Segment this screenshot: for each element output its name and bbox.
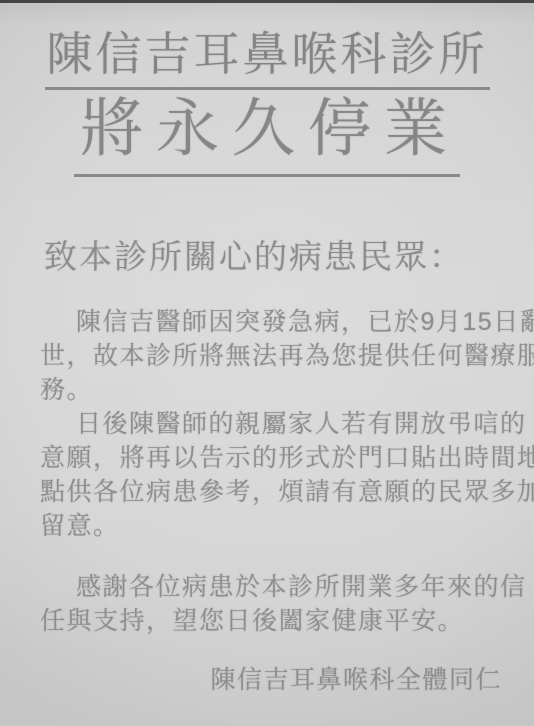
paragraph-line: 點供各位病患參考，煩請有意願的民眾多加 [40, 475, 504, 509]
paragraph-line: 陳信吉醫師因突發急病，已於9月15日辭 [40, 305, 504, 339]
paragraph-1: 陳信吉醫師因突發急病，已於9月15日辭 世，故本診所將無法再為您提供任何醫療服 … [40, 305, 504, 407]
notice-body: 陳信吉醫師因突發急病，已於9月15日辭 世，故本診所將無法再為您提供任何醫療服 … [40, 305, 504, 638]
notice-photo: 陳信吉耳鼻喉科診所 將永久停業 致本診所關心的病患民眾： 陳信吉醫師因突發急病，… [0, 0, 534, 726]
signature-line: 陳信吉耳鼻喉科全體同仁 [210, 660, 502, 696]
notice-title-permanent-closure: 將永久停業 [0, 78, 534, 177]
permanent-closure-text: 將永久停業 [74, 78, 460, 177]
paragraph-line: 務。 [40, 373, 504, 407]
paragraph-2: 日後陳醫師的親屬家人若有開放弔唁的 意願，將再以告示的形式於門口貼出時間地 點供… [40, 407, 504, 543]
paragraph-3: 感謝各位病患於本診所開業多年來的信 任與支持，望您日後闔家健康平安。 [40, 570, 504, 638]
paragraph-line: 日後陳醫師的親屬家人若有開放弔唁的 [40, 407, 504, 441]
photo-top-edge [0, 0, 534, 3]
paragraph-line: 感謝各位病患於本診所開業多年來的信 [40, 570, 504, 604]
paragraph-line: 留意。 [40, 509, 504, 543]
paragraph-line: 任與支持，望您日後闔家健康平安。 [40, 604, 504, 638]
salutation-line: 致本診所關心的病患民眾： [44, 231, 464, 278]
paragraph-line: 意願，將再以告示的形式於門口貼出時間地 [40, 441, 504, 475]
paragraph-line: 世，故本診所將無法再為您提供任何醫療服 [40, 339, 504, 373]
